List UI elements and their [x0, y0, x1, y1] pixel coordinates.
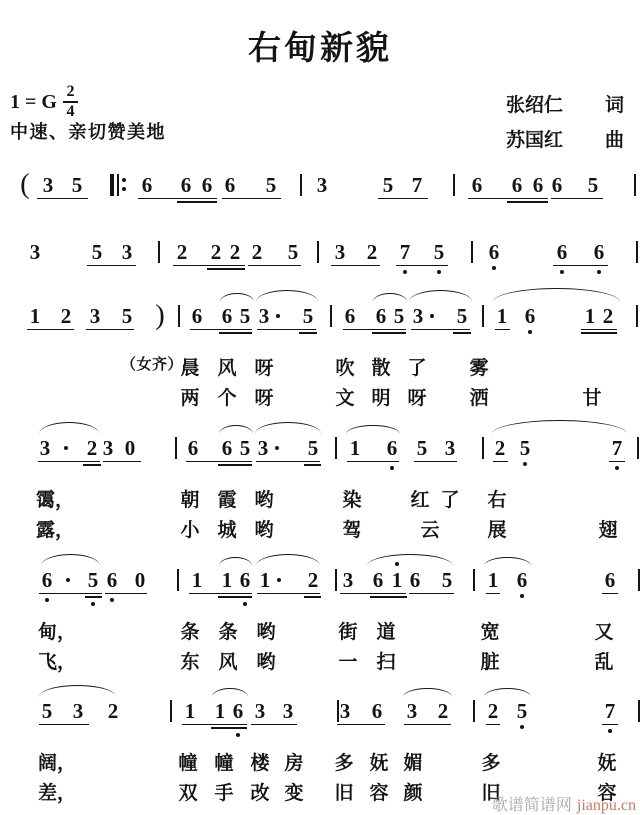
note-digit: 3: [73, 700, 84, 722]
beam-underline: [211, 727, 247, 729]
beam-underline: [507, 201, 548, 203]
beam-underline: [304, 596, 321, 598]
lyric-syllable: 乱: [594, 647, 613, 674]
note-digit: 2: [367, 241, 378, 263]
beam-underline: [553, 265, 608, 267]
octave-dot-low: [597, 270, 601, 274]
note-digit: 1: [260, 569, 271, 591]
beam-underline: [493, 461, 508, 463]
note-digit: 3: [30, 241, 41, 263]
lyric-syllable: 妩: [597, 748, 616, 775]
beam-underline: [177, 201, 217, 203]
slur-arc: [409, 290, 472, 302]
note-digit: 2: [308, 569, 319, 591]
barline: [471, 241, 473, 263]
barline: [317, 241, 319, 263]
duration-dot: [277, 578, 281, 582]
lyric-syllable: 雾: [469, 353, 488, 380]
beam-underline: [83, 464, 101, 466]
lyric-syllable: 了: [407, 353, 426, 380]
barline: [636, 305, 638, 327]
barline: [335, 437, 337, 459]
beam-underline: [38, 461, 100, 463]
beam-underline: [218, 464, 252, 466]
octave-dot-low: [236, 733, 240, 737]
slur-arc: [484, 688, 531, 697]
beam-underline: [453, 332, 471, 334]
note-digit: 2: [252, 241, 263, 263]
beam-underline: [39, 724, 89, 726]
slur-arc: [346, 425, 400, 434]
lyric-syllable: 两: [180, 383, 199, 410]
note-digit: 7: [605, 700, 616, 722]
repeat-sign-part: [122, 187, 126, 191]
beam-underline: [257, 329, 316, 331]
beam-underline: [409, 593, 454, 595]
note-digit: 2: [211, 241, 222, 263]
note-digit: 0: [135, 569, 146, 591]
note-digit: 5: [88, 569, 99, 591]
barline: [482, 305, 484, 327]
note-digit: 3: [90, 305, 101, 327]
note-digit: 6: [372, 700, 383, 722]
note-digit: 2: [87, 437, 98, 459]
repeat-sign-part: [110, 174, 114, 196]
slur-arc: [256, 290, 318, 302]
lyric-syllable: 街: [338, 617, 357, 644]
note-digit: 6: [233, 700, 244, 722]
beam-underline: [396, 265, 448, 267]
lyric-syllable: 呀: [254, 383, 273, 410]
repeat-sign-part: [122, 178, 126, 182]
lyric-syllable: 哟: [256, 647, 275, 674]
barline: [335, 569, 337, 591]
beam-underline: [340, 593, 406, 595]
lyric-syllable: 扫: [376, 647, 395, 674]
note-digit: 6: [512, 174, 523, 196]
note-digit: 3: [343, 569, 354, 591]
note-digit: 1: [185, 700, 196, 722]
octave-dot-low: [243, 602, 247, 606]
note-digit: 3: [43, 174, 54, 196]
slur-arc: [484, 557, 531, 566]
watermark-site-name: 歌谱简谱网: [492, 797, 572, 814]
note-digit: 5: [240, 305, 251, 327]
note-digit: 5: [72, 174, 83, 196]
slur-arc: [41, 554, 100, 566]
note-digit: 3: [122, 241, 133, 263]
barline: [634, 174, 636, 196]
lyric-syllable: 阔，: [38, 748, 76, 775]
note-digit: 6: [107, 569, 118, 591]
lyric-syllable: 翅: [598, 515, 617, 542]
note-digit: 2: [495, 437, 506, 459]
barline: [177, 569, 179, 591]
note-digit: 1: [350, 437, 361, 459]
octave-dot-low: [390, 466, 394, 470]
beam-underline: [331, 265, 380, 267]
note-digit: 5: [92, 241, 103, 263]
note-digit: 6: [222, 305, 233, 327]
beam-underline: [337, 724, 385, 726]
note-digit: 3: [258, 437, 269, 459]
note-digit: 1: [222, 569, 233, 591]
lyric-syllable: 哟: [256, 617, 275, 644]
lyric-syllable: 云: [420, 515, 439, 542]
note-digit: 6: [387, 437, 398, 459]
beam-underline: [551, 198, 603, 200]
watermark: 歌谱简谱网jianpu.cn: [492, 792, 636, 815]
beam-underline: [222, 198, 281, 200]
lyric-syllable: 驾: [342, 515, 361, 542]
octave-dot-low: [492, 266, 496, 270]
barline: [637, 437, 639, 459]
beam-underline: [411, 329, 470, 331]
barline: [158, 241, 160, 263]
note-digit: 1: [215, 700, 226, 722]
note-digit: 1: [192, 569, 203, 591]
beam-underline: [343, 329, 406, 331]
note-digit: 5: [42, 700, 53, 722]
score: (3566665357666653532222532756661235)6653…: [0, 0, 640, 815]
beam-underline: [581, 329, 617, 331]
note-digit: 6: [517, 569, 528, 591]
lyric-syllable: 幢: [214, 748, 233, 775]
lyric-syllable: 飞，: [38, 647, 76, 674]
beam-underline: [347, 461, 399, 463]
note-digit: 6: [142, 174, 153, 196]
note-digit: 3: [283, 700, 294, 722]
lyric-syllable: 一: [338, 647, 357, 674]
lyric-syllable: 吹: [335, 353, 354, 380]
octave-dot-low: [608, 729, 612, 733]
slur-arc: [39, 685, 116, 697]
note-digit: 6: [225, 174, 236, 196]
note-digit: 6: [181, 174, 192, 196]
duration-dot: [430, 314, 434, 318]
note-digit: 7: [412, 174, 423, 196]
duration-dot: [66, 578, 70, 582]
lyric-syllable: 宽: [480, 617, 499, 644]
lyric-syllable: 手: [214, 778, 233, 805]
duration-dot: [275, 446, 279, 450]
lyric-syllable: 多: [334, 748, 353, 775]
barline: [178, 305, 180, 327]
beam-underline: [103, 461, 141, 463]
note-digit: 5: [303, 305, 314, 327]
beam-underline: [85, 596, 102, 598]
lyric-syllable: 右: [487, 485, 506, 512]
barline: [473, 569, 475, 591]
lyric-syllable: 条: [218, 617, 237, 644]
lyric-syllable: 又: [594, 617, 613, 644]
beam-underline: [248, 265, 301, 267]
note-digit: 6: [42, 569, 53, 591]
octave-dot-low: [91, 602, 95, 606]
barline: [482, 437, 484, 459]
slur-arc: [373, 293, 407, 302]
beam-underline: [105, 593, 147, 595]
beam-underline: [414, 461, 457, 463]
note-digit: 5: [308, 437, 319, 459]
barline: [300, 174, 302, 196]
lyric-syllable: 多: [481, 748, 500, 775]
lyric-syllable: 小: [180, 515, 199, 542]
lyric-syllable: 文: [335, 383, 354, 410]
beam-underline: [257, 593, 320, 595]
lyric-syllable: 媚: [403, 748, 422, 775]
note-digit: 5: [288, 241, 299, 263]
paren-mark: (: [20, 169, 30, 199]
note-digit: 2: [177, 241, 188, 263]
lyric-syllable: 双: [178, 778, 197, 805]
beam-underline: [173, 265, 245, 267]
beam-underline: [251, 724, 297, 726]
beam-underline: [37, 198, 88, 200]
duration-dot: [276, 314, 280, 318]
beam-underline: [495, 329, 510, 331]
note-digit: 1: [585, 305, 596, 327]
beam-underline: [27, 329, 74, 331]
beam-underline: [39, 593, 102, 595]
lyric-syllable: 哟: [254, 515, 273, 542]
note-digit: 7: [612, 437, 623, 459]
lyric-syllable: 晨: [180, 353, 199, 380]
note-digit: 3: [317, 174, 328, 196]
note-digit: 5: [517, 700, 528, 722]
beam-underline: [186, 461, 252, 463]
octave-dot-low: [520, 594, 524, 598]
beam-underline: [87, 265, 136, 267]
lyric-syllable: 房: [284, 748, 303, 775]
beam-underline: [581, 332, 617, 334]
note-digit: 2: [61, 305, 72, 327]
note-digit: 6: [222, 437, 233, 459]
sheet-page: 右甸新貌 1 = G 2 4 中速、亲切赞美地 张绍仁 词 苏国红 曲 (356…: [0, 0, 640, 815]
beam-underline: [304, 464, 321, 466]
note-digit: 6: [472, 174, 483, 196]
note-digit: 3: [259, 305, 270, 327]
lyric-syllable: 城: [217, 515, 236, 542]
lyric-syllable: 朝: [180, 485, 199, 512]
beam-underline: [138, 198, 217, 200]
beam-underline: [609, 461, 625, 463]
beam-underline: [299, 332, 317, 334]
beam-underline: [370, 596, 407, 598]
slur-arc: [492, 420, 627, 434]
beam-underline: [86, 329, 134, 331]
lyric-syllable: 旧: [334, 778, 353, 805]
lyric-syllable: 呀: [254, 353, 273, 380]
note-digit: 6: [188, 437, 199, 459]
octave-dot-low: [523, 462, 527, 466]
note-digit: 6: [192, 305, 203, 327]
slur-arc: [39, 422, 99, 434]
note-digit: 6: [240, 569, 251, 591]
beam-underline: [486, 724, 500, 726]
note-digit: 5: [417, 437, 428, 459]
lyric-syllable: 容: [369, 778, 388, 805]
beam-underline: [486, 593, 500, 595]
note-digit: 5: [434, 241, 445, 263]
slur-arc: [367, 554, 453, 566]
beam-underline: [189, 593, 252, 595]
note-digit: 6: [552, 174, 563, 196]
beam-underline: [190, 329, 252, 331]
lyric-syllable: 散: [371, 353, 390, 380]
lyric-syllable: 差，: [38, 778, 76, 805]
note-digit: 6: [605, 569, 616, 591]
note-digit: 6: [376, 305, 387, 327]
octave-dot-low: [437, 270, 441, 274]
note-digit: 3: [40, 437, 51, 459]
lyric-syllable: 甘: [582, 383, 601, 410]
slur-arc: [219, 425, 253, 434]
lyric-syllable: （女齐）: [121, 353, 183, 374]
lyric-syllable: 甸，: [38, 617, 76, 644]
lyric-syllable: 幢: [178, 748, 197, 775]
note-digit: 5: [588, 174, 599, 196]
lyric-syllable: 道: [376, 617, 395, 644]
lyric-syllable: 霞: [217, 485, 236, 512]
lyric-syllable: 楼: [250, 748, 269, 775]
lyric-syllable: 个: [217, 383, 236, 410]
lyric-syllable: 霭，: [36, 485, 74, 512]
beam-underline: [182, 724, 247, 726]
beam-underline: [602, 724, 618, 726]
note-digit: 2: [603, 305, 614, 327]
note-digit: 1: [30, 305, 41, 327]
note-digit: 6: [557, 241, 568, 263]
slur-arc: [220, 293, 254, 302]
lyric-syllable: 风: [217, 353, 236, 380]
note-digit: 1: [392, 569, 403, 591]
note-digit: 3: [445, 437, 456, 459]
octave-dot-low: [615, 466, 619, 470]
beam-underline: [404, 724, 451, 726]
octave-dot-low: [403, 270, 407, 274]
lyric-syllable: 染: [342, 485, 361, 512]
watermark-site-url[interactable]: jianpu.cn: [577, 797, 636, 814]
slur-arc: [212, 688, 248, 697]
lyric-syllable: 呀: [407, 383, 426, 410]
beam-underline: [372, 332, 406, 334]
octave-dot-low: [45, 598, 49, 602]
note-digit: 7: [400, 241, 411, 263]
note-digit: 1: [497, 305, 508, 327]
beam-underline: [378, 198, 428, 200]
octave-dot-low: [110, 598, 114, 602]
barline: [170, 700, 172, 722]
note-digit: 6: [525, 305, 536, 327]
barline: [330, 305, 332, 327]
barline: [636, 241, 638, 263]
note-digit: 3: [413, 305, 424, 327]
lyric-syllable: 红: [410, 485, 429, 512]
beam-underline: [256, 461, 320, 463]
note-digit: 2: [230, 241, 241, 263]
lyric-syllable: 东: [180, 647, 199, 674]
note-digit: 5: [122, 305, 133, 327]
barline: [175, 437, 177, 459]
note-digit: 6: [202, 174, 213, 196]
lyric-syllable: 改: [250, 778, 269, 805]
lyric-syllable: 洒: [469, 383, 488, 410]
note-digit: 3: [255, 700, 266, 722]
slur-arc: [493, 288, 620, 302]
note-digit: 5: [442, 569, 453, 591]
note-digit: 6: [373, 569, 384, 591]
note-digit: 6: [410, 569, 421, 591]
note-digit: 0: [125, 437, 136, 459]
note-digit: 2: [108, 700, 119, 722]
note-digit: 5: [240, 437, 251, 459]
slur-arc: [403, 688, 452, 697]
lyric-syllable: 风: [218, 647, 237, 674]
note-digit: 5: [266, 174, 277, 196]
lyric-syllable: 展: [487, 515, 506, 542]
note-digit: 5: [520, 437, 531, 459]
duration-dot: [64, 446, 68, 450]
beam-underline: [602, 593, 618, 595]
barline: [473, 700, 475, 722]
octave-dot-low: [560, 270, 564, 274]
note-digit: 5: [394, 305, 405, 327]
octave-dot-low: [520, 725, 524, 729]
lyric-syllable: 颜: [403, 778, 422, 805]
note-digit: 6: [345, 305, 356, 327]
lyric-syllable: 妩: [369, 748, 388, 775]
barline: [453, 174, 455, 196]
note-digit: 1: [488, 569, 499, 591]
note-digit: 6: [533, 174, 544, 196]
beam-underline: [218, 596, 252, 598]
barline: [337, 700, 339, 722]
note-digit: 3: [335, 241, 346, 263]
note-digit: 3: [340, 700, 351, 722]
note-digit: 5: [383, 174, 394, 196]
octave-dot-low: [528, 330, 532, 334]
slur-arc: [219, 557, 252, 566]
note-digit: 6: [489, 241, 500, 263]
beam-underline: [219, 332, 252, 334]
paren-mark: ): [155, 300, 165, 330]
lyric-syllable: 变: [284, 778, 303, 805]
slur-arc: [255, 422, 321, 434]
beam-underline: [207, 268, 245, 270]
lyric-syllable: 哟: [254, 485, 273, 512]
note-digit: 3: [407, 700, 418, 722]
note-digit: 2: [438, 700, 449, 722]
lyric-syllable: 了: [440, 485, 459, 512]
note-digit: 3: [103, 437, 114, 459]
note-digit: 2: [488, 700, 499, 722]
note-digit: 6: [594, 241, 605, 263]
note-digit: 5: [457, 305, 468, 327]
lyric-syllable: 条: [180, 617, 199, 644]
repeat-sign-part: [117, 174, 119, 196]
beam-underline: [468, 198, 548, 200]
lyric-syllable: 脏: [480, 647, 499, 674]
lyric-syllable: 明: [371, 383, 390, 410]
slur-arc: [256, 554, 320, 566]
lyric-syllable: 露，: [36, 515, 74, 542]
